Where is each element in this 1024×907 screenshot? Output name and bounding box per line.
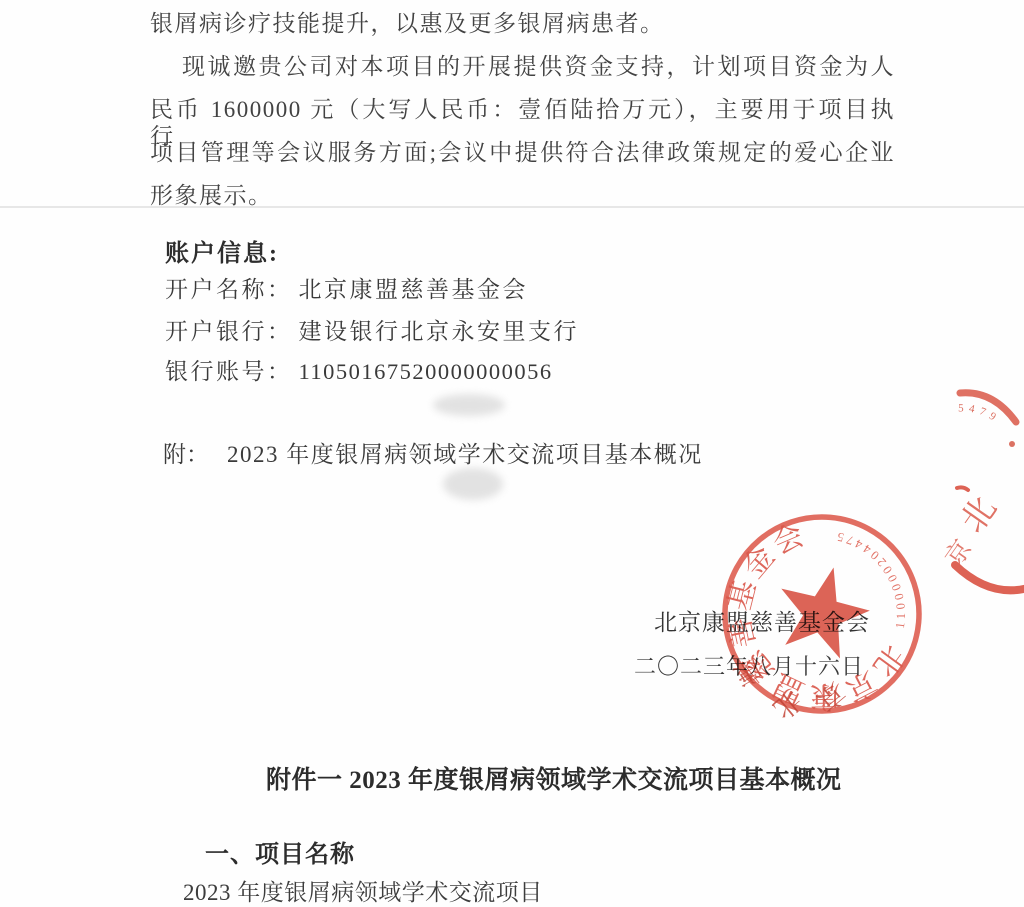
account-name-row: 开户名称：北京康盟慈善基金会 <box>165 271 528 304</box>
partial-edge-seal: 北 京 <box>930 440 1024 680</box>
attachment-label: 附： <box>163 442 209 467</box>
account-info-heading: 账户信息: <box>165 233 279 268</box>
partial-seal-char: 京 <box>940 535 977 572</box>
attachment-reference-line: 附：2023 年度银屑病领域学术交流项目基本概况 <box>163 436 703 469</box>
scan-smudge <box>443 468 503 500</box>
corner-seal-digits: 5479 <box>958 402 1002 425</box>
body-text-line: 现诚邀贵公司对本项目的开展提供资金支持，计划项目资金为人 <box>150 53 895 80</box>
account-name-label: 开户名称： <box>165 277 293 302</box>
corner-seal-dot <box>1009 441 1015 447</box>
account-bank-row: 开户银行：建设银行北京永安里支行 <box>165 313 579 346</box>
official-seal: 北京康盟慈善基金会 1100000204475 康 北 京 <box>717 509 927 719</box>
scanned-donation-letter-page: 银屑病诊疗技能提升，以惠及更多银屑病患者。 现诚邀贵公司对本项目的开展提供资金支… <box>0 0 1024 907</box>
appendix-section-title: 一、项目名称 <box>205 834 355 869</box>
appendix-project-name: 2023 年度银屑病领域学术交流项目 <box>183 874 543 907</box>
account-bank-value: 建设银行北京永安里支行 <box>299 319 580 344</box>
account-number-value: 11050167520000000056 <box>299 359 553 384</box>
partial-seal-char: 北 <box>954 491 1004 540</box>
partial-seal-mark <box>957 487 968 490</box>
body-text-line: 银屑病诊疗技能提升，以惠及更多银屑病患者。 <box>150 10 895 37</box>
appendix-heading: 附件一 2023 年度银屑病领域学术交流项目基本概况 <box>266 760 842 796</box>
page-break-divider <box>0 206 1024 208</box>
partial-seal-arc <box>955 565 1024 590</box>
account-bank-label: 开户银行： <box>165 319 293 344</box>
scan-smudge <box>433 394 505 416</box>
account-name-value: 北京康盟慈善基金会 <box>299 277 529 302</box>
body-text-line: 形象展示。 <box>150 182 895 209</box>
partial-corner-seal: 5479 <box>948 378 1024 458</box>
account-number-label: 银行账号： <box>165 359 293 384</box>
attachment-title: 2023 年度银屑病领域学术交流项目基本概况 <box>227 442 703 467</box>
body-text-line: 项目管理等会议服务方面;会议中提供符合法律政策规定的爱心企业 <box>150 139 895 166</box>
account-number-row: 银行账号：11050167520000000056 <box>165 353 553 386</box>
